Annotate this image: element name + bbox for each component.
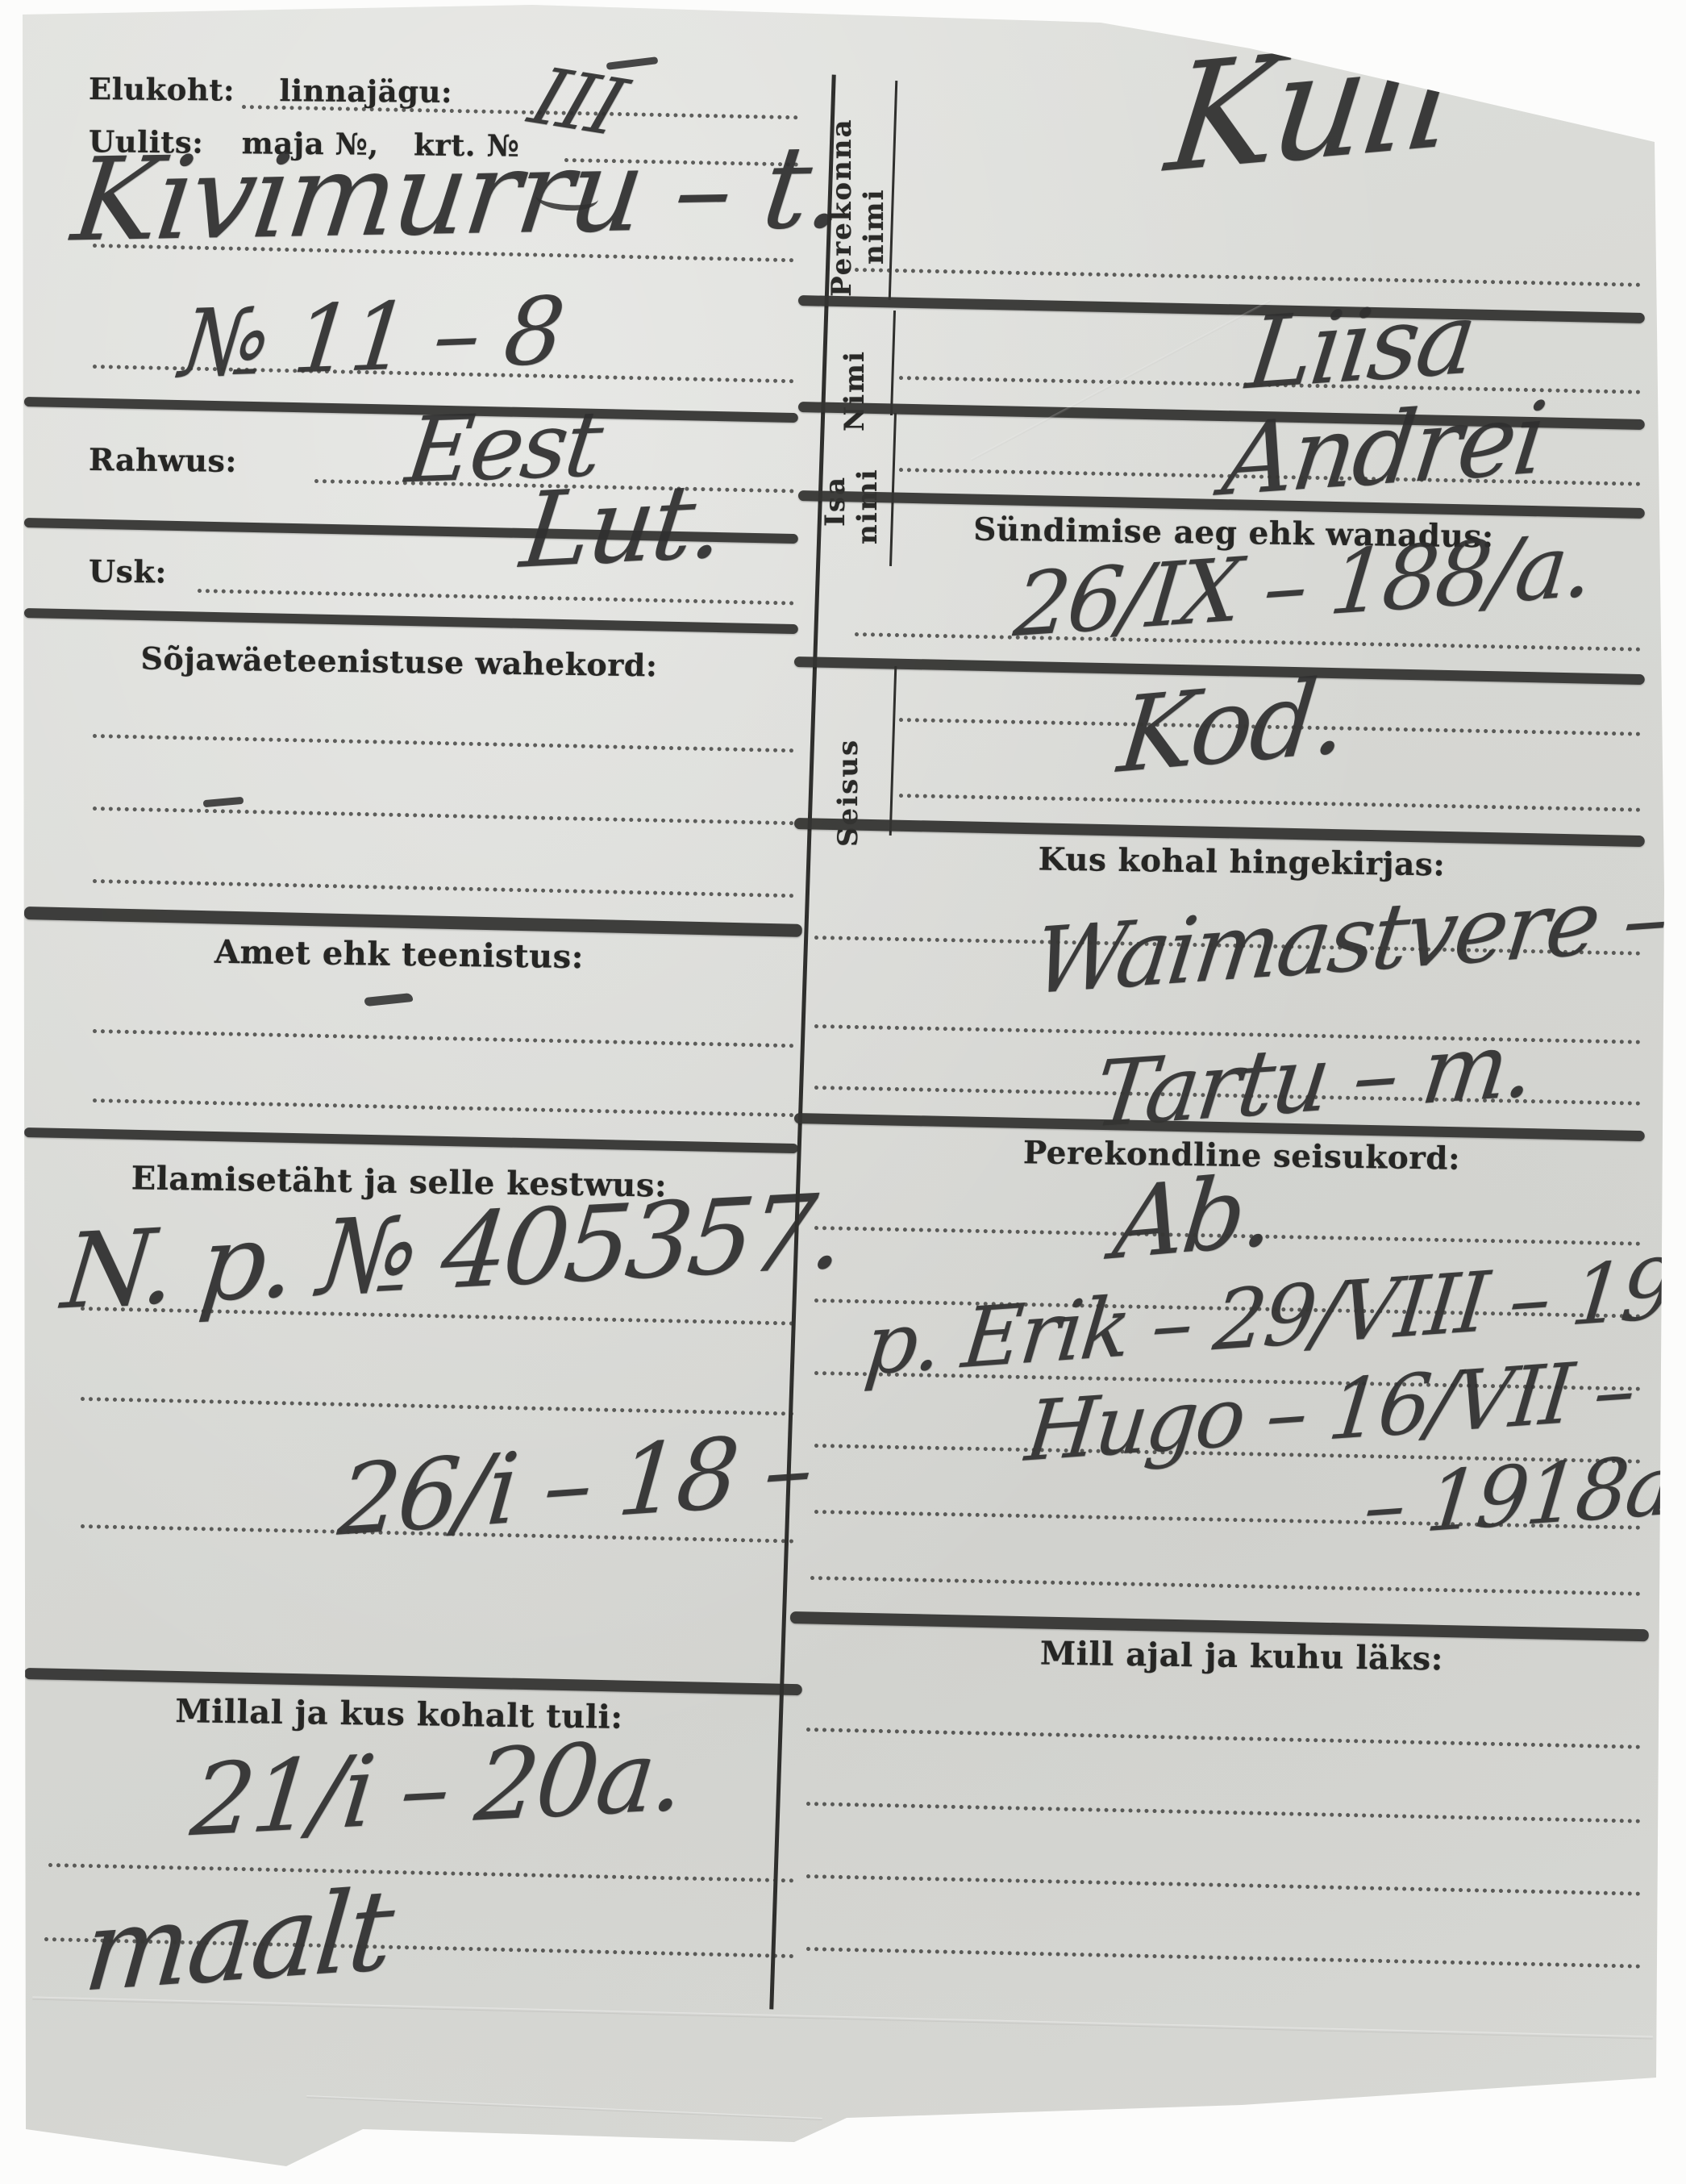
family-name-label-word1: Perekonna [826, 95, 858, 297]
registration-card-paper: Elukoht: linnajägu: III Uulits: maja №, … [16, 3, 1669, 2176]
dotted-line [93, 1029, 794, 1048]
section-rule [798, 295, 1645, 323]
paper-crease [306, 2095, 822, 2120]
dotted-line [806, 1802, 1641, 1823]
house-value-handwriting: № 11 – 8 [176, 277, 567, 398]
dotted-line [93, 734, 794, 752]
label-separator-line [890, 311, 896, 415]
military-label: Sõjawäeteenistuse wahekord: [89, 640, 710, 685]
family-name-handwriting: Kull [1159, 7, 1464, 206]
dotted-line [93, 806, 794, 825]
dotted-line [855, 268, 1641, 287]
dotted-line [806, 1947, 1641, 1969]
district-label: linnajägu: [279, 73, 452, 110]
dash-handwriting [203, 797, 244, 807]
departure-label: Mill ajal ja kuhu läks: [919, 1632, 1565, 1679]
label-separator-line [889, 666, 897, 836]
dotted-line [93, 879, 794, 898]
nationality-label: Rahwus: [89, 441, 237, 479]
dotted-line [899, 794, 1641, 812]
dotted-line [242, 105, 798, 119]
section-rule [24, 1127, 798, 1153]
dotted-line [806, 1874, 1641, 1896]
residence-row-label: Elukoht: linnajägu: [89, 71, 453, 110]
dotted-line [198, 589, 794, 605]
card-content: Elukoht: linnajägu: III Uulits: maja №, … [0, 0, 1686, 2184]
scan-background: { "left": { "residence_label": "Elukoht:… [0, 0, 1686, 2184]
arrival-date-handwriting: 21/i – 20a. [186, 1718, 688, 1859]
register-label: Kus kohal hingekirjas: [927, 840, 1557, 886]
religion-label: Usk: [89, 552, 167, 590]
father-name-label-word2: nimi [851, 419, 884, 544]
section-rule [24, 608, 798, 634]
father-name-label-word1: Isa [819, 434, 851, 527]
paper-crease [32, 1996, 1652, 2039]
dotted-line [81, 1397, 794, 1416]
marital-value-handwriting: Ab. [1109, 1152, 1278, 1282]
dotted-line [810, 1576, 1641, 1596]
first-name-label: Nimi [839, 323, 871, 431]
father-name-handwriting: Andrei [1218, 380, 1551, 518]
dotted-line [93, 1098, 794, 1117]
dotted-line [48, 1863, 794, 1882]
occupation-label: Amet ehk teenistus: [89, 932, 710, 978]
column-divider [769, 75, 835, 2010]
dotted-line [806, 1728, 1641, 1749]
label-separator-line [889, 413, 897, 566]
family-name-label-word2: nimi [858, 127, 890, 265]
dash-handwriting [364, 993, 414, 1007]
religion-value-handwriting: Lut. [515, 461, 730, 592]
residence-label: Elukoht: [89, 71, 235, 108]
